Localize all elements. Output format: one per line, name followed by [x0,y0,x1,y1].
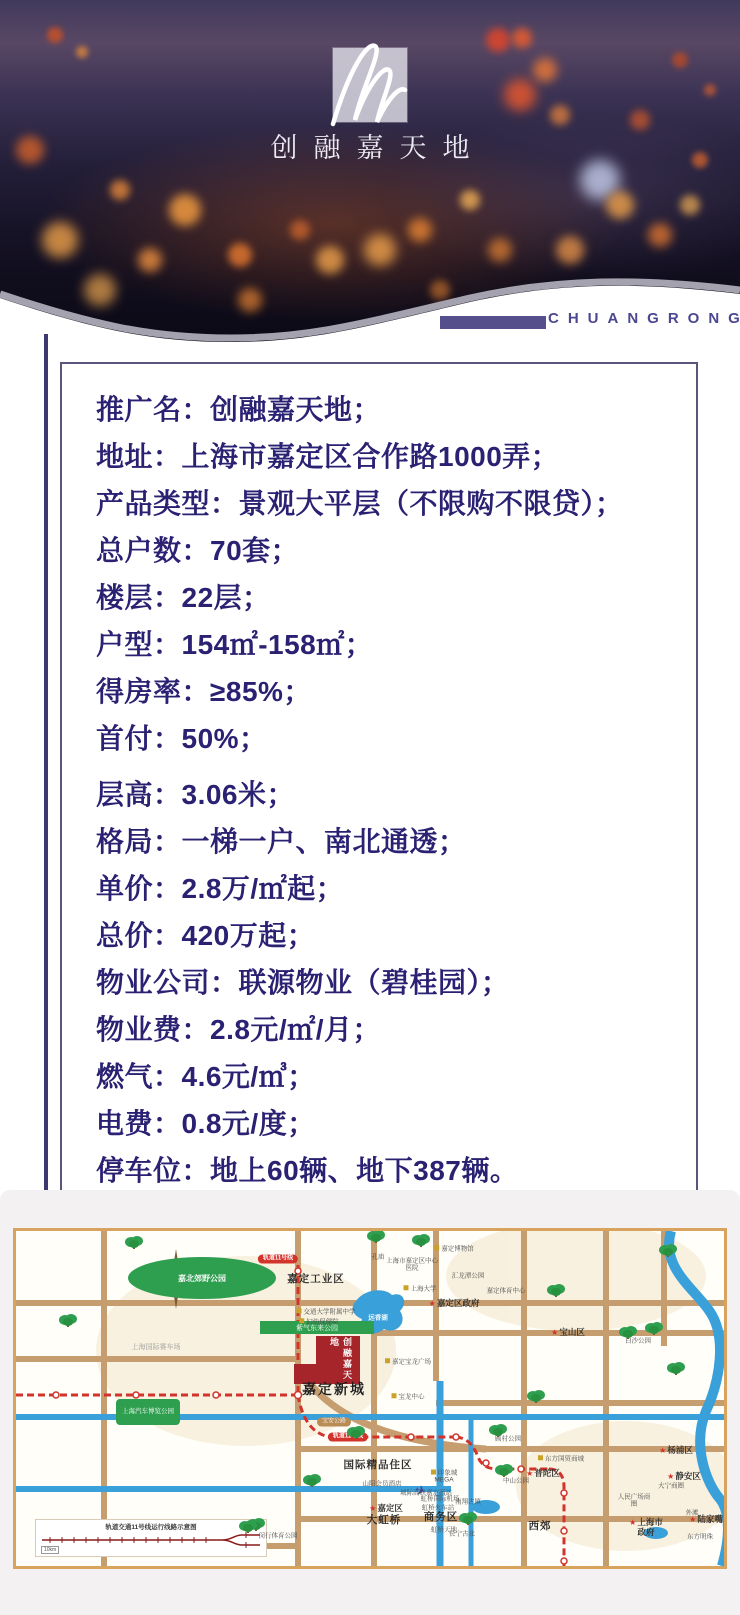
metro-diagram-scale: 10km [41,1546,59,1554]
info-line: 物业费：2.8元/㎡/月； [96,1004,696,1051]
info-line: 层高：3.06米； [96,769,696,816]
tree-icon [645,1322,663,1340]
tree-icon [667,1362,685,1380]
info-line: 停车位：地上60辆、地下387辆。 [96,1145,696,1192]
info-line: 地址：上海市嘉定区合作路1000弄； [96,431,696,478]
tree-icon [367,1230,385,1248]
tree-icon [527,1390,545,1408]
info-line: 燃气：4.6元/㎥； [96,1051,696,1098]
project-building-label: 创融嘉天地 [328,1337,354,1385]
info-line: 首付：50%； [96,713,696,760]
map-frame: ✈ 嘉北郊野公园 紫气东来公园 上海汽车博览公园 创融嘉天地 轨道交通11号线运… [13,1228,727,1569]
tree-icon [495,1464,513,1482]
brand-name-en: CHUANGRONG [548,310,740,327]
brand-signature-icon [305,28,435,138]
info-line: 电费：0.8元/度； [96,1098,696,1145]
bokeh-light [504,79,536,111]
park-ziqidonglai-label: 紫气东来公园 [296,1323,338,1333]
bokeh-light [550,105,570,125]
park-auto-expo-label: 上海汽车博览公园 [121,1408,175,1416]
airplane-icon: ✈ [413,1482,428,1500]
info-line: 产品类型：景观大平层（不限购不限贷）； [96,478,696,525]
bokeh-light [648,223,672,247]
metro-diagram-line [36,1531,266,1549]
bokeh-light [169,194,201,226]
left-accent-line [44,334,48,1214]
bokeh-light [704,84,716,96]
info-line: 推广名：创融嘉天地； [96,384,696,431]
park-jiabei-label: 嘉北郊野公园 [178,1273,226,1284]
tree-icon [239,1520,257,1538]
park-jiabei: 嘉北郊野公园 [128,1257,276,1299]
property-info-box: 推广名：创融嘉天地；地址：上海市嘉定区合作路1000弄；产品类型：景观大平层（不… [60,362,698,1205]
bokeh-light [408,218,432,242]
tree-icon [659,1244,677,1262]
info-line: 总户数：70套； [96,525,696,572]
bokeh-light [486,28,510,52]
location-map-panel: ✈ 嘉北郊野公园 紫气东来公园 上海汽车博览公园 创融嘉天地 轨道交通11号线运… [0,1190,740,1615]
info-line: 格局：一梯一户、南北通透； [96,816,696,863]
info-line: 物业公司：联源物业（碧桂园）； [96,957,696,1004]
bokeh-light [672,52,688,68]
bokeh-light [110,180,130,200]
bokeh-light [460,190,480,210]
hero-project-title: 创融嘉天地 [0,126,740,165]
bokeh-light [47,27,63,43]
bokeh-light [512,28,532,48]
tree-icon [489,1424,507,1442]
bokeh-light [606,191,634,219]
tree-icon [619,1326,637,1344]
tree-icon [59,1314,77,1332]
metro-route-diagram: 轨道交通11号线运行线路示意图 10km [35,1519,267,1557]
tree-icon [412,1234,430,1252]
bokeh-light [290,220,310,240]
tree-icon [459,1512,477,1530]
poster-page: 创融嘉天地 CHUANGRONG 推广名：创融嘉天地；地址：上海市嘉定区合作路1… [0,0,740,1615]
wave-divider [0,250,740,360]
bokeh-light [533,58,557,82]
info-line: 户型：154㎡-158㎡； [96,619,696,666]
park-auto-expo: 上海汽车博览公园 [116,1399,180,1425]
brand-accent-bar [440,316,546,329]
tree-icon [347,1426,365,1444]
park-ziqidonglai: 紫气东来公园 [260,1321,374,1334]
info-line: 得房率：≥85%； [96,666,696,713]
bokeh-light [680,195,700,215]
bokeh-light [76,46,88,58]
tree-icon [547,1284,565,1302]
info-line: 楼层：22层； [96,572,696,619]
tree-icon [303,1474,321,1492]
info-line: 总价：420万起； [96,910,696,957]
metro-diagram-title: 轨道交通11号线运行线路示意图 [36,1522,266,1531]
info-line: 单价：2.8万/㎡起； [96,863,696,910]
tree-icon [125,1236,143,1254]
